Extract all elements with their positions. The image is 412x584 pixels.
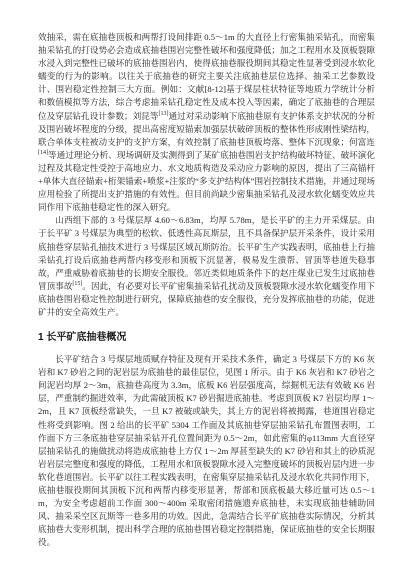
citation-ref: [14] <box>38 150 48 156</box>
page-text-column: 效抽采，需在底抽巷顶板和两帮打设间排距 0.5～1m 的大直径上行密集抽采钻孔，… <box>38 31 375 549</box>
section-1-heading: 1 长平矿底抽巷概况 <box>38 328 375 343</box>
intro-paragraph-continued: 效抽采，需在底抽巷顶板和两帮打设间排距 0.5～1m 的大直径上行密集抽采钻孔，… <box>38 31 375 214</box>
section-1-overview-paragraph: 长平矿结合 3 号煤层地质赋存特征及现有开采技术条件，确定 3 号煤层下方的 K… <box>38 353 375 549</box>
paper-page: 效抽采，需在底抽巷顶板和两帮打设间排距 0.5～1m 的大直径上行密集抽采钻孔，… <box>0 0 412 584</box>
coal-seam-background-paragraph: 山西组下部的 3 号煤层厚 4.60～6.83m，均厚 5.78m，是长平矿的主… <box>38 214 375 319</box>
citation-ref: [15] <box>72 281 82 287</box>
citation-ref: [13] <box>158 111 168 117</box>
